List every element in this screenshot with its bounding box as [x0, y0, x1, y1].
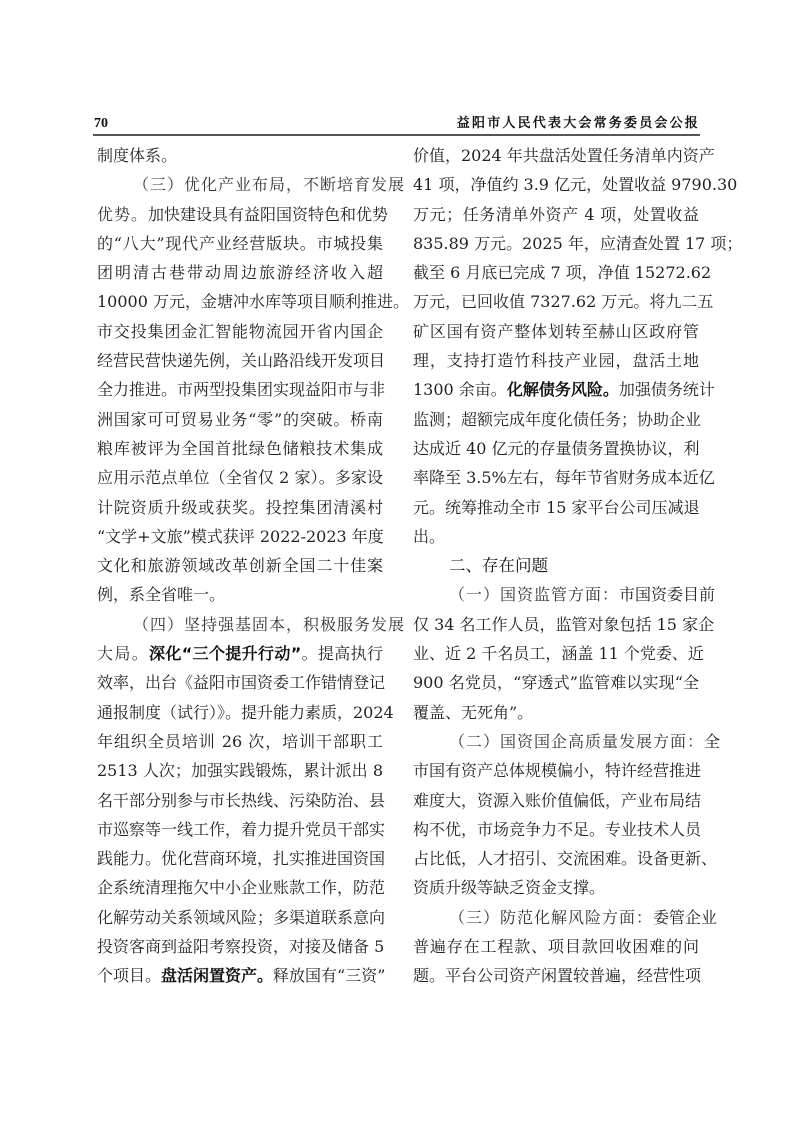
text-line: 题。平台公司资产闲置较普遍，经营性项: [413, 961, 699, 990]
text-line: （四）坚持强基固本，积极服务发展: [97, 610, 383, 639]
text-segment: 达成近 40 亿元的存量债务置换协议，利: [413, 439, 700, 458]
page-number: 70: [94, 116, 108, 132]
text-line: 仅 34 名工作人员，监管对象包括 15 家企: [413, 610, 699, 639]
text-segment: 普遍存在工程款、项目款回收困难的问: [413, 937, 699, 956]
text-segment: 10000 万元，金塘冲水库等项目顺利推进。: [97, 292, 409, 311]
text-line: 团明清古巷带动周边旅游经济收入超: [97, 258, 383, 287]
subsection-title: （四）坚持强基固本，积极服务发展: [133, 615, 405, 634]
text-line: 截至 6 月底已完成 7 项，净值 15272.62: [413, 258, 699, 287]
text-line: 难度大，资源入账价值偏低，产业布局结: [413, 786, 699, 815]
text-segment: 团明清古巷带动周边旅游经济收入超: [97, 263, 383, 282]
text-line: 达成近 40 亿元的存量债务置换协议，利: [413, 434, 699, 463]
text-segment: 效率，出台《益阳市国资委工作错情登记: [97, 673, 385, 692]
text-segment: 题。平台公司资产闲置较普遍，经营性项: [413, 966, 701, 985]
text-line: 洲国家可可贸易业务“零”的突破。桥南: [97, 405, 383, 434]
text-segment: 难度大，资源入账价值偏低，产业布局结: [413, 791, 701, 810]
text-segment: 资质升级等缺乏资金支撑。: [413, 878, 605, 897]
text-segment: 投资客商到益阳考察投资，对接及储备 5: [97, 937, 384, 956]
bold-phrase: 深化“三个提升行动”: [149, 644, 301, 663]
text-line: 覆盖、无死角”。: [413, 698, 699, 727]
text-segment: 应用示范点单位（全省仅 2 家）。多家设: [97, 468, 383, 487]
section-heading: 二、存在问题: [413, 551, 699, 580]
subsection-title: 优势。: [97, 205, 148, 224]
text-segment: 全: [704, 732, 720, 751]
text-line: 践能力。优化营商环境，扎实推进国资国: [97, 844, 383, 873]
text-line: 投资客商到益阳考察投资，对接及储备 5: [97, 932, 383, 961]
text-line: 经营民营快递先例，关山路沿线开发项目: [97, 346, 383, 375]
text-line: 率降至 3.5%左右，每年节省财务成本近亿: [413, 463, 699, 492]
text-segment: 市交投集团金汇智能物流园开省内国企: [97, 322, 383, 341]
text-line: 占比低，人才招引、交流困难。设备更新、: [413, 844, 699, 873]
text-line: 900 名党员，“穿透式”监管难以实现“全: [413, 668, 699, 697]
text-line: 普遍存在工程款、项目款回收困难的问: [413, 932, 699, 961]
text-line: 年组织全员培训 26 次，培训干部职工: [97, 727, 383, 756]
text-segment: 万元；任务清单外资产 4 项，处置收益: [413, 205, 699, 224]
text-segment: 例，系全省唯一。: [97, 585, 225, 604]
text-segment: 委管企业: [653, 908, 717, 927]
text-segment: 价值，2024 年共盘活处置任务清单内资产: [413, 146, 715, 165]
text-segment: 年组织全员培训 26 次，培训干部职工: [97, 732, 383, 751]
subsection-title: （三）优化产业布局，不断培育发展: [133, 175, 405, 194]
text-segment: 洲国家可可贸易业务“零”的突破。桥南: [97, 410, 383, 429]
text-segment: 截至 6 月底已完成 7 项，净值 15272.62: [413, 263, 711, 282]
text-line: 应用示范点单位（全省仅 2 家）。多家设: [97, 463, 383, 492]
text-line: 市巡察等一线工作，着力提升党员干部实: [97, 815, 383, 844]
text-segment: 经营民营快递先例，关山路沿线开发项目: [97, 351, 385, 370]
text-segment: 计院资质升级或获奖。投控集团清溪村: [97, 498, 383, 517]
text-line: 市国有资产总体规模偏小，特许经营推进: [413, 756, 699, 785]
text-line: （二）国资国企高质量发展方面：全: [413, 727, 699, 756]
bold-phrase: 盘活闲置资产。: [161, 966, 273, 985]
page-header: 70 益阳市人民代表大会常务委员会公报: [93, 116, 700, 136]
text-line: 业、近 2 千名员工，涵盖 11 个党委、近: [413, 639, 699, 668]
text-segment: 市国有资产总体规模偏小，特许经营推进: [413, 761, 701, 780]
text-segment: 元。统筹推动全市 15 家平台公司压减退: [413, 498, 700, 517]
subsection-title: （三）防范化解风险方面：: [449, 908, 653, 927]
text-line: 2513 人次；加强实践锻炼，累计派出 8: [97, 756, 383, 785]
text-line: 出。: [413, 522, 699, 551]
text-line: 41 项，净值约 3.9 亿元，处置收益 9790.30: [413, 170, 699, 199]
text-line: 市交投集团金汇智能物流园开省内国企: [97, 317, 383, 346]
text-segment: 监测；超额完成年度化债任务；协助企业: [413, 410, 701, 429]
text-line: 资质升级等缺乏资金支撑。: [413, 873, 699, 902]
text-segment: 制度体系。: [97, 146, 177, 165]
text-line: 的“八大”现代产业经营版块。市城投集: [97, 229, 383, 258]
text-line: 粮库被评为全国首批绿色储粮技术集成: [97, 434, 383, 463]
text-segment: “文学+文旅”模式获评 2022-2023 年度: [97, 527, 384, 546]
text-line: 计院资质升级或获奖。投控集团清溪村: [97, 493, 383, 522]
text-line: 优势。加快建设具有益阳国资特色和优势: [97, 200, 383, 229]
right-text-column: 价值，2024 年共盘活处置任务清单内资产41 项，净值约 3.9 亿元，处置收…: [413, 141, 699, 991]
text-segment: 仅 34 名工作人员，监管对象包括 15 家企: [413, 615, 714, 634]
text-segment: 市巡察等一线工作，着力提升党员干部实: [97, 820, 385, 839]
text-line: （三）优化产业布局，不断培育发展: [97, 170, 383, 199]
text-segment: 化解劳动关系领域风险；多渠道联系意向: [97, 908, 385, 927]
text-segment: 835.89 万元。2025 年，应清查处置 17 项；: [413, 234, 742, 253]
text-line: 监测；超额完成年度化债任务；协助企业: [413, 405, 699, 434]
text-line: 企系统清理拖欠中小企业账款工作，防范: [97, 873, 383, 902]
text-line: 全力推进。市两型投集团实现益阳市与非: [97, 375, 383, 404]
text-segment: 加快建设具有益阳国资特色和优势: [148, 205, 388, 224]
text-line: 构不优，市场竞争力不足。专业技术人员: [413, 815, 699, 844]
text-line: 名干部分别参与市长热线、污染防治、县: [97, 786, 383, 815]
left-text-column: 制度体系。（三）优化产业布局，不断培育发展优势。加快建设具有益阳国资特色和优势的…: [97, 141, 383, 991]
subsection-title: （一）国资监管方面：: [449, 585, 619, 604]
text-line: 835.89 万元。2025 年，应清查处置 17 项；: [413, 229, 699, 258]
text-segment: 二、存在问题: [449, 556, 548, 575]
text-segment: 率降至 3.5%左右，每年节省财务成本近亿: [413, 468, 715, 487]
text-line: 效率，出台《益阳市国资委工作错情登记: [97, 668, 383, 697]
text-segment: 践能力。优化营商环境，扎实推进国资国: [97, 849, 385, 868]
text-segment: 加强债务统计: [619, 380, 715, 399]
subsection-title: 大局。: [97, 644, 149, 663]
text-line: 元。统筹推动全市 15 家平台公司压减退: [413, 493, 699, 522]
text-line: 化解劳动关系领域风险；多渠道联系意向: [97, 903, 383, 932]
text-line: 例，系全省唯一。: [97, 580, 383, 609]
text-segment: 矿区国有资产整体划转至赫山区政府管: [413, 322, 699, 341]
text-line: “文学+文旅”模式获评 2022-2023 年度: [97, 522, 383, 551]
text-segment: 900 名党员，“穿透式”监管难以实现“全: [413, 673, 699, 692]
text-segment: 占比低，人才招引、交流困难。设备更新、: [413, 849, 717, 868]
text-line: 价值，2024 年共盘活处置任务清单内资产: [413, 141, 699, 170]
text-segment: 41 项，净值约 3.9 亿元，处置收益 9790.30: [413, 175, 737, 194]
text-line: （一）国资监管方面：市国资委目前: [413, 580, 699, 609]
bold-phrase: 化解债务风险。: [507, 380, 619, 399]
text-segment: 个项目。: [97, 966, 161, 985]
text-segment: 企系统清理拖欠中小企业账款工作，防范: [97, 878, 385, 897]
journal-title: 益阳市人民代表大会常务委员会公报: [457, 116, 700, 132]
text-segment: 全力推进。市两型投集团实现益阳市与非: [97, 380, 385, 399]
text-line: （三）防范化解风险方面：委管企业: [413, 903, 699, 932]
text-line: 制度体系。: [97, 141, 383, 170]
text-line: 10000 万元，金塘冲水库等项目顺利推进。: [97, 287, 383, 316]
text-line: 大局。深化“三个提升行动”。提高执行: [97, 639, 383, 668]
text-line: 文化和旅游领域改革创新全国二十佳案: [97, 551, 383, 580]
text-segment: 2513 人次；加强实践锻炼，累计派出 8: [97, 761, 383, 780]
text-segment: 构不优，市场竞争力不足。专业技术人员: [413, 820, 701, 839]
text-segment: 市国资委目前: [619, 585, 715, 604]
text-segment: 覆盖、无死角”。: [413, 703, 533, 722]
text-line: 1300 余亩。化解债务风险。加强债务统计: [413, 375, 699, 404]
text-line: 通报制度（试行）》。提升能力素质，2024: [97, 698, 383, 727]
text-segment: 1300 余亩。: [413, 380, 507, 399]
text-line: 矿区国有资产整体划转至赫山区政府管: [413, 317, 699, 346]
text-segment: 释放国有“三资”: [273, 966, 385, 985]
text-segment: 。提高执行: [301, 644, 383, 663]
text-segment: 通报制度（试行）》。提升能力素质，2024: [97, 703, 394, 722]
text-segment: 业、近 2 千名员工，涵盖 11 个党委、近: [413, 644, 704, 663]
text-line: 万元；任务清单外资产 4 项，处置收益: [413, 200, 699, 229]
text-segment: 万元，已回收值 7327.62 万元。将九二五: [413, 292, 713, 311]
text-segment: 名干部分别参与市长热线、污染防治、县: [97, 791, 385, 810]
text-segment: 粮库被评为全国首批绿色储粮技术集成: [97, 439, 383, 458]
text-segment: 理，支持打造竹科技产业园，盘活土地: [413, 351, 699, 370]
text-segment: 文化和旅游领域改革创新全国二十佳案: [97, 556, 383, 575]
text-line: 万元，已回收值 7327.62 万元。将九二五: [413, 287, 699, 316]
text-line: 理，支持打造竹科技产业园，盘活土地: [413, 346, 699, 375]
text-segment: 的“八大”现代产业经营版块。市城投集: [97, 234, 383, 253]
subsection-title: （二）国资国企高质量发展方面：: [449, 732, 704, 751]
text-segment: 出。: [413, 527, 445, 546]
text-line: 个项目。盘活闲置资产。释放国有“三资”: [97, 961, 383, 990]
